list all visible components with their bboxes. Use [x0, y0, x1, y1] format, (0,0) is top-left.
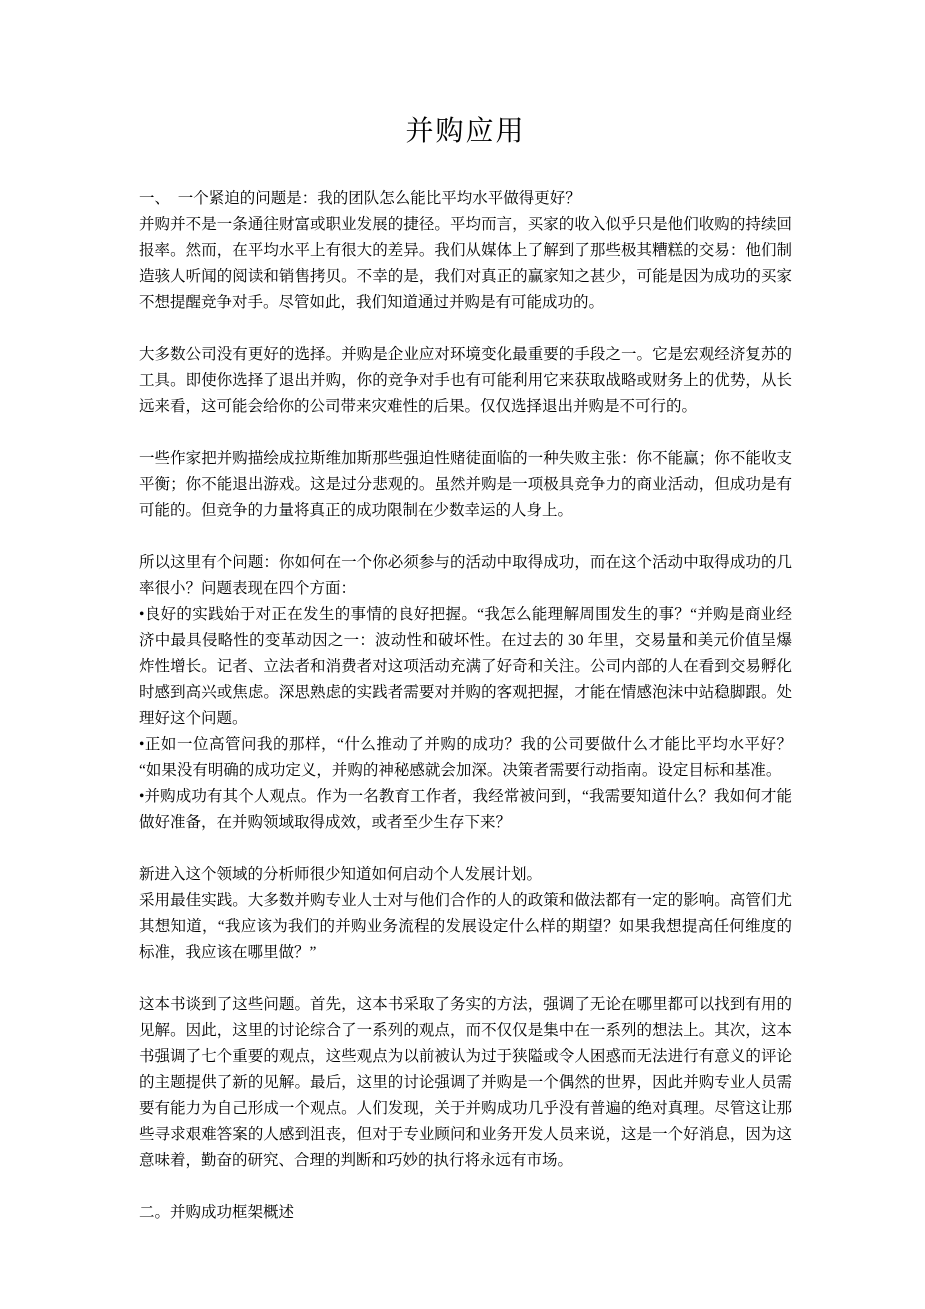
paragraph: 新进入这个领域的分析师很少知道如何启动个人发展计划。 — [139, 862, 792, 888]
document-body: 一、 一个紧迫的问题是：我的团队怎么能比平均水平做得更好？ 并购并不是一条通往财… — [139, 186, 792, 1226]
paragraph: 所以这里有个问题：你如何在一个你必须参与的活动中取得成功，而在这个活动中取得成功… — [139, 550, 792, 602]
document-page: 并购应用 一、 一个紧迫的问题是：我的团队怎么能比平均水平做得更好？ 并购并不是… — [0, 0, 925, 1309]
section-heading-2: 二。并购成功框架概述 — [139, 1200, 792, 1226]
document-title: 并购应用 — [139, 112, 792, 152]
section-heading-1: 一、 一个紧迫的问题是：我的团队怎么能比平均水平做得更好？ — [139, 186, 792, 212]
bullet-item: •正如一位高管问我的那样，“什么推动了并购的成功？我的公司要做什么才能比平均水平… — [139, 732, 792, 784]
paragraph: 采用最佳实践。大多数并购专业人士对与他们合作的人的政策和做法都有一定的影响。高管… — [139, 888, 792, 966]
bullet-item: •并购成功有其个人观点。作为一名教育工作者，我经常被问到，“我需要知道什么？我如… — [139, 784, 792, 836]
bullet-item: •良好的实践始于对正在发生的事情的良好把握。“我怎么能理解周围发生的事？“并购是… — [139, 602, 792, 732]
paragraph: 并购并不是一条通往财富或职业发展的捷径。平均而言，买家的收入似乎只是他们收购的持… — [139, 212, 792, 316]
paragraph: 这本书谈到了这些问题。首先，这本书采取了务实的方法，强调了无论在哪里都可以找到有… — [139, 992, 792, 1174]
paragraph: 大多数公司没有更好的选择。并购是企业应对环境变化最重要的手段之一。它是宏观经济复… — [139, 342, 792, 420]
paragraph: 一些作家把并购描绘成拉斯维加斯那些强迫性赌徒面临的一种失败主张：你不能赢；你不能… — [139, 446, 792, 524]
